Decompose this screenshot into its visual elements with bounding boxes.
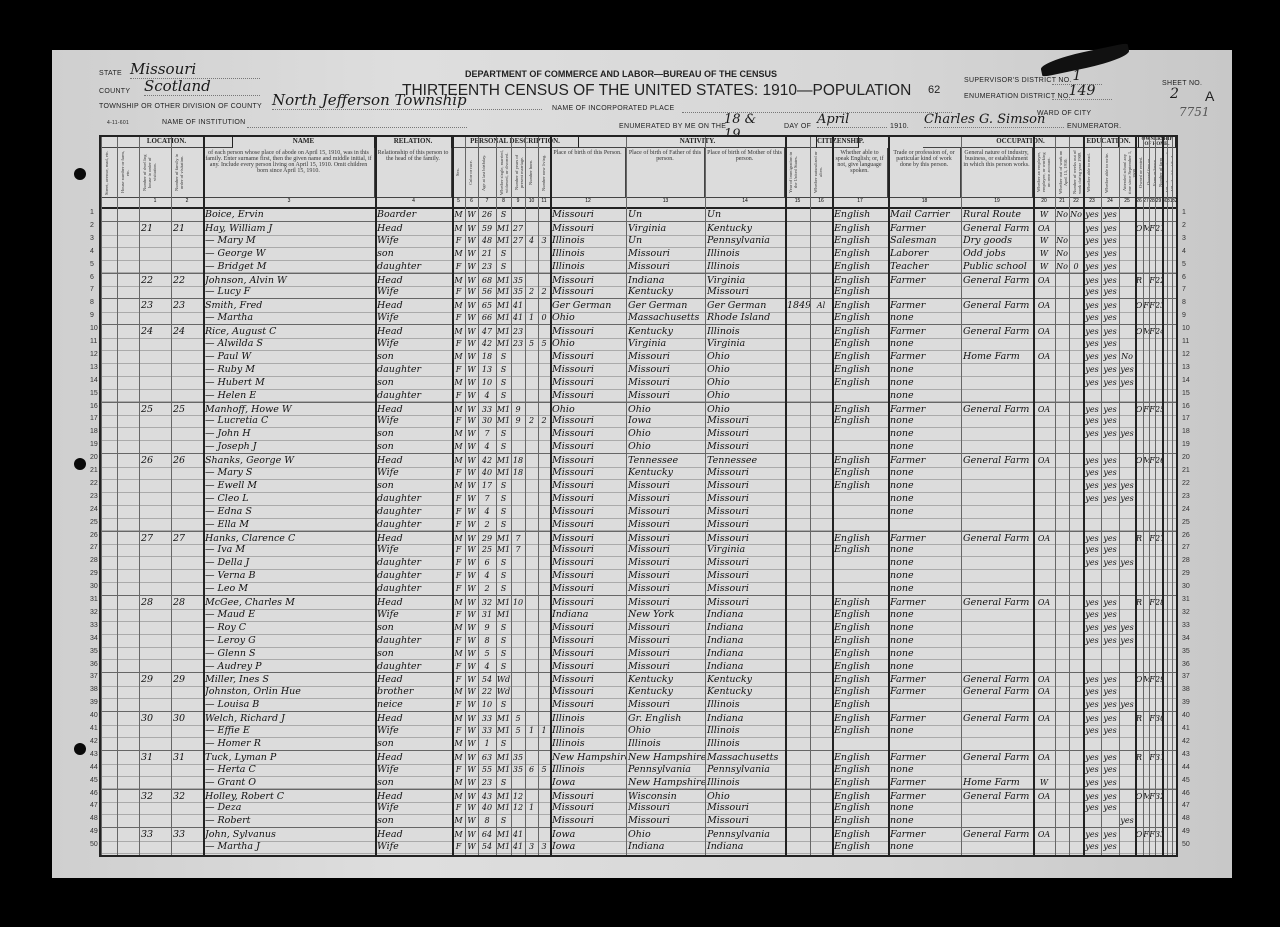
column-divider xyxy=(1069,137,1070,855)
township-label: TOWNSHIP OR OTHER DIVISION OF COUNTY xyxy=(99,103,262,110)
cell-imm xyxy=(785,647,810,660)
cell-ms: S xyxy=(496,376,511,389)
line-number: 29 xyxy=(90,570,98,577)
cell-age: 8 xyxy=(478,814,496,827)
cell-read: yes xyxy=(1083,685,1101,698)
county-value: Scotland xyxy=(144,77,260,96)
cell-age: 7 xyxy=(478,427,496,440)
column-header-3: of each person whose place of abode on A… xyxy=(203,148,375,197)
cell-imm xyxy=(785,505,810,518)
table-row: — Bridget MdaughterFW23SIllinoisMissouri… xyxy=(101,260,1176,274)
cell-age: 21 xyxy=(478,247,496,260)
cell-school: yes xyxy=(1119,363,1135,376)
cell-fpob: New York xyxy=(626,608,705,621)
cell-ms: M1 xyxy=(496,466,511,479)
cell-imm xyxy=(785,569,810,582)
cell-ms: S xyxy=(496,440,511,453)
cell-pob: Missouri xyxy=(550,543,626,556)
cell-sched xyxy=(1155,647,1162,660)
cell-trade: none xyxy=(888,466,961,479)
cell-nat xyxy=(810,285,832,298)
cell-fam xyxy=(171,311,203,324)
line-number: 45 xyxy=(90,777,98,784)
line-number: 16 xyxy=(1182,403,1190,410)
cell-nat xyxy=(810,337,832,350)
cell-mpob: Missouri xyxy=(705,569,785,582)
table-row: — Mary MWifeFW48M12743IllinoisUnPennsylv… xyxy=(101,234,1176,248)
cell-ind: Odd jobs xyxy=(961,247,1033,260)
cell-read: yes xyxy=(1083,350,1101,363)
cell-imm xyxy=(785,763,810,776)
cell-emp xyxy=(1033,311,1055,324)
cell-sched xyxy=(1155,363,1162,376)
cell-ms: S xyxy=(496,660,511,673)
form-code: 4-11-601 xyxy=(107,120,129,126)
cell-school: No xyxy=(1119,350,1135,363)
cell-emp xyxy=(1033,814,1055,827)
cell-race: W xyxy=(465,234,478,247)
cell-yrs xyxy=(511,363,525,376)
cell-ind xyxy=(961,556,1033,569)
cell-write: yes xyxy=(1101,621,1119,634)
cell-imm xyxy=(785,285,810,298)
cell-lang: English xyxy=(832,801,888,814)
cell-sched xyxy=(1155,285,1162,298)
column-number: 10 xyxy=(525,198,538,204)
cell-wks xyxy=(1069,311,1083,324)
cell-school xyxy=(1119,234,1135,247)
cell-sched xyxy=(1155,247,1162,260)
cell-lang xyxy=(832,556,888,569)
cell-mpob: Missouri xyxy=(705,414,785,427)
line-number: 13 xyxy=(1182,364,1190,371)
month-value: April xyxy=(817,112,887,128)
cell-write: yes xyxy=(1101,363,1119,376)
cell-out: No xyxy=(1055,234,1069,247)
cell-age: 23 xyxy=(478,776,496,789)
cell-living xyxy=(538,737,550,750)
cell-school xyxy=(1119,337,1135,350)
cell-race: W xyxy=(465,582,478,595)
cell-write xyxy=(1101,440,1119,453)
line-number: 33 xyxy=(90,622,98,629)
cell-born: 2 xyxy=(525,285,538,298)
cell-sched xyxy=(1155,724,1162,737)
cell-age: 1 xyxy=(478,737,496,750)
line-number: 38 xyxy=(90,686,98,693)
state-label: STATE xyxy=(99,70,122,77)
cell-read: yes xyxy=(1083,840,1101,853)
cell-living xyxy=(538,556,550,569)
cell-trade: none xyxy=(888,647,961,660)
cell-emp xyxy=(1033,414,1055,427)
column-header-1: Number of dwelling house in order of vis… xyxy=(139,148,171,197)
cell-race: W xyxy=(465,440,478,453)
cell-age: 7 xyxy=(478,492,496,505)
cell-out xyxy=(1055,427,1069,440)
table-row: — Lucy FWifeFW56M13522MissouriKentuckyMi… xyxy=(101,285,1176,299)
cell-yrs xyxy=(511,208,525,221)
cell-pob: Missouri xyxy=(550,208,626,221)
cell-age: 5 xyxy=(478,647,496,660)
line-number: 18 xyxy=(90,428,98,435)
cell-emp: OA xyxy=(1033,350,1055,363)
cell-fam xyxy=(171,285,203,298)
line-number: 5 xyxy=(1182,261,1186,268)
cell-rel: son xyxy=(375,479,452,492)
cell-born xyxy=(525,466,538,479)
cell-born xyxy=(525,363,538,376)
cell-fpob: Virginia xyxy=(626,337,705,350)
cell-wks xyxy=(1069,737,1083,750)
cell-fam xyxy=(171,840,203,853)
cell-read xyxy=(1083,814,1101,827)
cell-sched xyxy=(1155,337,1162,350)
group-nativity: NATIVITY. xyxy=(579,137,817,148)
cell-mpob: Virginia xyxy=(705,337,785,350)
line-number: 9 xyxy=(90,312,94,319)
cell-sched xyxy=(1155,376,1162,389)
cell-race: W xyxy=(465,840,478,853)
cell-nat xyxy=(810,634,832,647)
cell-living: 2 xyxy=(538,285,550,298)
cell-out xyxy=(1055,389,1069,402)
cell-trade: none xyxy=(888,569,961,582)
cell-wks xyxy=(1069,505,1083,518)
cell-rel: Wife xyxy=(375,337,452,350)
cell-name: — Herta C xyxy=(203,763,375,776)
cell-born xyxy=(525,492,538,505)
line-number: 27 xyxy=(90,544,98,551)
cell-pob: Illinois xyxy=(550,247,626,260)
column-number: 4 xyxy=(375,198,452,204)
line-number: 4 xyxy=(90,248,94,255)
cell-fam xyxy=(171,685,203,698)
cell-rel: Wife xyxy=(375,285,452,298)
cell-yrs xyxy=(511,518,525,531)
cell-rel: son xyxy=(375,440,452,453)
cell-mpob: Ohio xyxy=(705,376,785,389)
cell-wks xyxy=(1069,543,1083,556)
cell-out xyxy=(1055,647,1069,660)
line-number: 1 xyxy=(1182,209,1186,216)
cell-rel: son xyxy=(375,776,452,789)
cell-nat xyxy=(810,647,832,660)
cell-dw xyxy=(139,479,171,492)
cell-wks xyxy=(1069,801,1083,814)
cell-rel: brother xyxy=(375,685,452,698)
cell-race: W xyxy=(465,801,478,814)
cell-born: 5 xyxy=(525,337,538,350)
cell-ms: M1 xyxy=(496,763,511,776)
group-education: EDUCATION. xyxy=(1079,137,1139,148)
cell-wks xyxy=(1069,337,1083,350)
cell-born xyxy=(525,479,538,492)
cell-yrs: 35 xyxy=(511,285,525,298)
line-number: 23 xyxy=(90,493,98,500)
table-row: Johnston, Orlin HuebrotherMW22WdMissouri… xyxy=(101,685,1176,699)
cell-trade: Farmer xyxy=(888,685,961,698)
cell-out xyxy=(1055,337,1069,350)
cell-wks xyxy=(1069,556,1083,569)
cell-race: W xyxy=(465,621,478,634)
cell-fpob: Missouri xyxy=(626,634,705,647)
cell-out xyxy=(1055,466,1069,479)
cell-rel: Wife xyxy=(375,840,452,853)
line-number: 6 xyxy=(90,274,94,281)
cell-fam xyxy=(171,518,203,531)
line-number: 2 xyxy=(1182,222,1186,229)
cell-nat xyxy=(810,234,832,247)
line-number: 29 xyxy=(1182,570,1190,577)
cell-ind xyxy=(961,724,1033,737)
cell-dw xyxy=(139,311,171,324)
cell-fpob: Pennsylvania xyxy=(626,763,705,776)
cell-out xyxy=(1055,505,1069,518)
cell-lang xyxy=(832,492,888,505)
cell-yrs xyxy=(511,427,525,440)
cell-name: Johnston, Orlin Hue xyxy=(203,685,375,698)
cell-write: yes xyxy=(1101,556,1119,569)
cell-fam xyxy=(171,543,203,556)
line-number: 42 xyxy=(90,738,98,745)
cell-lang: English xyxy=(832,208,888,221)
cell-imm xyxy=(785,208,810,221)
cell-lang: English xyxy=(832,698,888,711)
cell-rel: Wife xyxy=(375,763,452,776)
cell-read: yes xyxy=(1083,556,1101,569)
column-divider xyxy=(101,137,102,855)
cell-mpob: Rhode Island xyxy=(705,311,785,324)
cell-fam xyxy=(171,569,203,582)
column-divider xyxy=(1172,137,1173,855)
cell-imm xyxy=(785,479,810,492)
cell-wks xyxy=(1069,763,1083,776)
cell-school xyxy=(1119,543,1135,556)
cell-mpob: Kentucky xyxy=(705,685,785,698)
cell-imm xyxy=(785,427,810,440)
cell-ms: M1 xyxy=(496,234,511,247)
line-number: 36 xyxy=(1182,661,1190,668)
cell-imm xyxy=(785,840,810,853)
cell-trade xyxy=(888,518,961,531)
cell-out: No xyxy=(1055,208,1069,221)
cell-living xyxy=(538,518,550,531)
line-number: 24 xyxy=(90,506,98,513)
cell-imm xyxy=(785,608,810,621)
column-divider xyxy=(139,137,140,855)
line-number: 44 xyxy=(1182,764,1190,771)
cell-rel: daughter xyxy=(375,582,452,595)
stamp-number: 7751 xyxy=(1179,105,1210,119)
cell-out xyxy=(1055,698,1069,711)
cell-ms: M1 xyxy=(496,801,511,814)
cell-race: W xyxy=(465,208,478,221)
cell-school xyxy=(1119,582,1135,595)
cell-dw xyxy=(139,814,171,827)
cell-wks: 0 xyxy=(1069,260,1083,273)
cell-ms: S xyxy=(496,389,511,402)
cell-write: yes xyxy=(1101,337,1119,350)
cell-write xyxy=(1101,505,1119,518)
cell-ind xyxy=(961,608,1033,621)
cell-school xyxy=(1119,660,1135,673)
table-row: — Herta CWifeFW55M13565IllinoisPennsylva… xyxy=(101,763,1176,777)
cell-read: yes xyxy=(1083,492,1101,505)
line-number: 12 xyxy=(90,351,98,358)
cell-mpob: Virginia xyxy=(705,543,785,556)
cell-pob: Missouri xyxy=(550,660,626,673)
table-row: — Homer RsonMW1SIllinoisIllinoisIllinois xyxy=(101,737,1176,751)
cell-trade: none xyxy=(888,840,961,853)
cell-yrs: 35 xyxy=(511,763,525,776)
cell-age: 10 xyxy=(478,698,496,711)
cell-living xyxy=(538,208,550,221)
line-number: 39 xyxy=(90,699,98,706)
cell-write xyxy=(1101,814,1119,827)
line-number: 33 xyxy=(1182,622,1190,629)
cell-fam xyxy=(171,634,203,647)
cell-pob: Missouri xyxy=(550,634,626,647)
cell-pob: Missouri xyxy=(550,492,626,505)
cell-fam xyxy=(171,466,203,479)
cell-living xyxy=(538,492,550,505)
cell-born xyxy=(525,440,538,453)
cell-ind xyxy=(961,389,1033,402)
cell-ind xyxy=(961,698,1033,711)
column-header-4: Relationship of this person to the head … xyxy=(375,148,452,197)
cell-out xyxy=(1055,285,1069,298)
cell-living: 3 xyxy=(538,840,550,853)
cell-rel: neice xyxy=(375,698,452,711)
table-row: — Audrey PdaughterFW4SMissouriMissouriIn… xyxy=(101,660,1176,674)
cell-rel: Wife xyxy=(375,801,452,814)
cell-age: 55 xyxy=(478,763,496,776)
cell-mpob: Illinois xyxy=(705,260,785,273)
cell-name: — Verna B xyxy=(203,569,375,582)
cell-school xyxy=(1119,763,1135,776)
cell-out: No xyxy=(1055,260,1069,273)
institution-value xyxy=(247,118,467,128)
cell-nat xyxy=(810,814,832,827)
binder-hole-icon xyxy=(74,168,86,180)
cell-ind xyxy=(961,427,1033,440)
group-ownership: OWNERSHIP OF HOME. xyxy=(1139,137,1176,148)
cell-yrs xyxy=(511,569,525,582)
line-number: 16 xyxy=(90,403,98,410)
cell-school: yes xyxy=(1119,621,1135,634)
cell-ind xyxy=(961,634,1033,647)
cell-nat xyxy=(810,389,832,402)
cell-born xyxy=(525,247,538,260)
cell-fpob: Iowa xyxy=(626,414,705,427)
cell-dw xyxy=(139,621,171,634)
cell-age: 4 xyxy=(478,440,496,453)
column-number: 29 xyxy=(1155,198,1162,204)
cell-rel: Wife xyxy=(375,466,452,479)
line-number: 39 xyxy=(1182,699,1190,706)
cell-read: yes xyxy=(1083,801,1101,814)
column-header-2: Number of family in order of visitation. xyxy=(171,148,203,197)
cell-age: 17 xyxy=(478,479,496,492)
line-number: 9 xyxy=(1182,312,1186,319)
cell-out xyxy=(1055,840,1069,853)
cell-lang: English xyxy=(832,608,888,621)
cell-nat xyxy=(810,311,832,324)
cell-race: W xyxy=(465,466,478,479)
cell-age: 2 xyxy=(478,518,496,531)
cell-wks xyxy=(1069,647,1083,660)
cell-race: W xyxy=(465,737,478,750)
cell-ms: S xyxy=(496,247,511,260)
line-number: 43 xyxy=(90,751,98,758)
cell-trade: none xyxy=(888,634,961,647)
cell-school xyxy=(1119,414,1135,427)
cell-trade: Farmer xyxy=(888,776,961,789)
cell-read: yes xyxy=(1083,208,1101,221)
cell-school xyxy=(1119,608,1135,621)
cell-mpob: Missouri xyxy=(705,518,785,531)
line-number: 23 xyxy=(1182,493,1190,500)
column-header-21: Whether out of work on April 15, 1910. xyxy=(1055,148,1069,197)
cell-yrs xyxy=(511,479,525,492)
cell-read: yes xyxy=(1083,234,1101,247)
cell-read xyxy=(1083,518,1101,531)
column-header-17: Whether able to speak English; or, if no… xyxy=(832,148,888,197)
cell-emp xyxy=(1033,376,1055,389)
line-number: 21 xyxy=(1182,467,1190,474)
cell-lang: English xyxy=(832,647,888,660)
cell-race: W xyxy=(465,543,478,556)
cell-imm xyxy=(785,660,810,673)
line-number: 45 xyxy=(1182,777,1190,784)
cell-ms: M1 xyxy=(496,724,511,737)
cell-imm xyxy=(785,737,810,750)
cell-age: 8 xyxy=(478,634,496,647)
cell-wks xyxy=(1069,569,1083,582)
cell-dw xyxy=(139,724,171,737)
cell-sched xyxy=(1155,505,1162,518)
cell-living: 0 xyxy=(538,311,550,324)
cell-yrs xyxy=(511,621,525,634)
cell-mpob: Missouri xyxy=(705,582,785,595)
cell-age: 54 xyxy=(478,840,496,853)
cell-emp xyxy=(1033,724,1055,737)
cell-lang: English xyxy=(832,479,888,492)
cell-nat xyxy=(810,582,832,595)
cell-pob: Illinois xyxy=(550,737,626,750)
cell-mpob: Illinois xyxy=(705,776,785,789)
cell-yrs xyxy=(511,376,525,389)
cell-emp xyxy=(1033,569,1055,582)
cell-pob: Missouri xyxy=(550,285,626,298)
cell-fpob: Missouri xyxy=(626,556,705,569)
cell-race: W xyxy=(465,634,478,647)
cell-age: 33 xyxy=(478,724,496,737)
column-number: 22 xyxy=(1069,198,1083,204)
cell-born xyxy=(525,647,538,660)
cell-imm xyxy=(785,814,810,827)
cell-born xyxy=(525,814,538,827)
cell-wks xyxy=(1069,285,1083,298)
cell-fpob: Missouri xyxy=(626,247,705,260)
cell-fpob: Missouri xyxy=(626,363,705,376)
cell-nat xyxy=(810,698,832,711)
cell-imm xyxy=(785,776,810,789)
cell-out xyxy=(1055,376,1069,389)
cell-read xyxy=(1083,647,1101,660)
line-number: 18 xyxy=(1182,428,1190,435)
